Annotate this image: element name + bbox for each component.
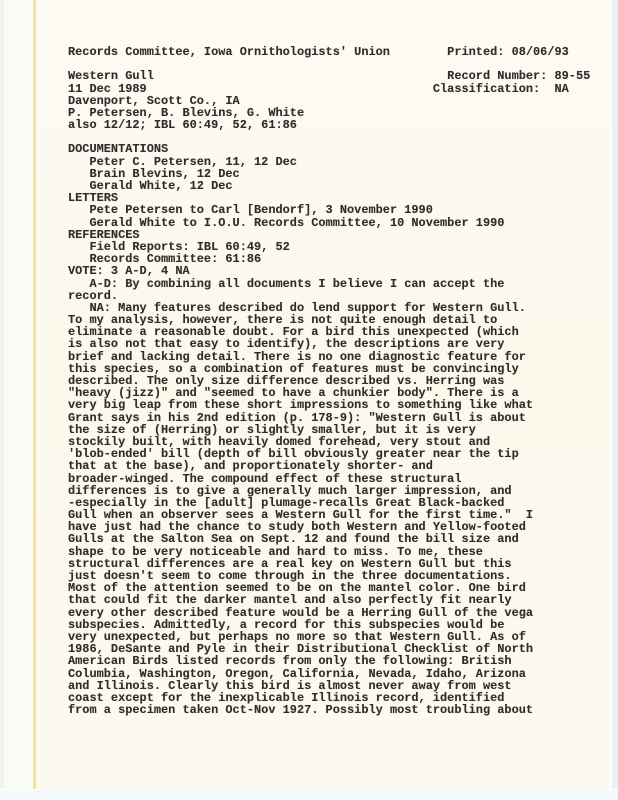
text-line: DOCUMENTATIONS (68, 143, 590, 155)
scan-right-edge (612, 0, 618, 800)
text-line: VOTE: 3 A-D, 4 NA (68, 265, 590, 277)
text-line: that could fit the darker mantel and als… (68, 594, 590, 606)
text-line: very big leap from these short impressio… (68, 399, 590, 411)
text-line: Records Committee, Iowa Ornithologists' … (68, 46, 590, 58)
text-line: American Birds listed records from only … (68, 655, 590, 667)
text-line: is also not that easy to identify), the … (68, 338, 590, 350)
text-line: Pete Petersen to Carl [Bendorf], 3 Novem… (68, 204, 590, 216)
text-line: from a specimen taken Oct-Nov 1927. Poss… (68, 704, 590, 716)
text-line: Columbia, Washington, Oregon, California… (68, 668, 590, 680)
text-line: Gerald White to I.O.U. Records Committee… (68, 217, 590, 229)
text-line: broader-winged. The compound effect of t… (68, 473, 590, 485)
text-line: A-D: By combining all documents I believ… (68, 278, 590, 290)
text-line: Gulls at the Salton Sea on Sept. 12 and … (68, 533, 590, 545)
scan-left-margin (0, 0, 33, 800)
text-line: 11 Dec 1989 Classification: NA (68, 83, 590, 95)
scan-left-edge (0, 0, 4, 800)
text-line: every other described feature would be a… (68, 607, 590, 619)
text-line: that at the base), and proportionately s… (68, 460, 590, 472)
paper-crease-line (33, 0, 36, 800)
scanned-document-page: Records Committee, Iowa Ornithologists' … (0, 0, 618, 800)
typewritten-text: Records Committee, Iowa Ornithologists' … (68, 46, 590, 716)
text-line: also 12/12; IBL 60:49, 52, 61:86 (68, 119, 590, 131)
scan-bottom-edge (0, 789, 618, 800)
text-line: Gerald White, 12 Dec (68, 180, 590, 192)
text-line: Western Gull Record Number: 89-55 (68, 70, 590, 82)
text-line: Grant says in his 2nd edition (p. 178-9)… (68, 412, 590, 424)
